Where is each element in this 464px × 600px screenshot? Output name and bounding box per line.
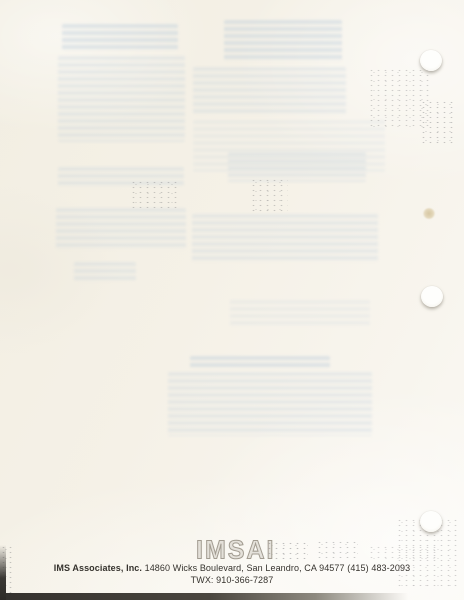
- footer-twx: TWX: 910-366-7287: [0, 574, 464, 586]
- punch-hole: [420, 50, 442, 71]
- bleed-through-band-center: [230, 300, 370, 326]
- bleed-through-paragraph-left: [58, 56, 185, 142]
- scan-edge-bottom: [0, 593, 464, 600]
- stain-spot: [423, 208, 435, 219]
- punch-hole: [420, 511, 442, 532]
- smudge-mark: [420, 100, 454, 146]
- punch-hole: [421, 286, 443, 307]
- smudge-mark: [250, 178, 288, 212]
- footer-street-city: 14860 Wicks Boulevard, San Leandro, CA 9…: [142, 563, 410, 573]
- bleed-through-heading-right: [224, 20, 342, 62]
- bleed-through-heading-left: [62, 24, 178, 50]
- scan-edge-left: [0, 545, 6, 600]
- bleed-through-warranty-paragraph: [168, 372, 372, 436]
- bleed-through-block-left-2: [56, 208, 186, 250]
- bleed-through-small-left: [74, 262, 136, 282]
- bleed-through-warranty-heading: [190, 356, 330, 368]
- footer-address: IMS Associates, Inc. 14860 Wicks Bouleva…: [0, 562, 464, 586]
- footer-company: IMS Associates, Inc.: [54, 563, 142, 573]
- bleed-through-band-right: [228, 152, 366, 182]
- bleed-through-block-right-2: [192, 214, 378, 262]
- bleed-through-paragraph-right: [193, 67, 346, 115]
- smudge-mark: [130, 180, 180, 208]
- smudge-mark: [316, 540, 358, 558]
- scanned-page: IMSAI IMS Associates, Inc. 14860 Wicks B…: [0, 0, 464, 600]
